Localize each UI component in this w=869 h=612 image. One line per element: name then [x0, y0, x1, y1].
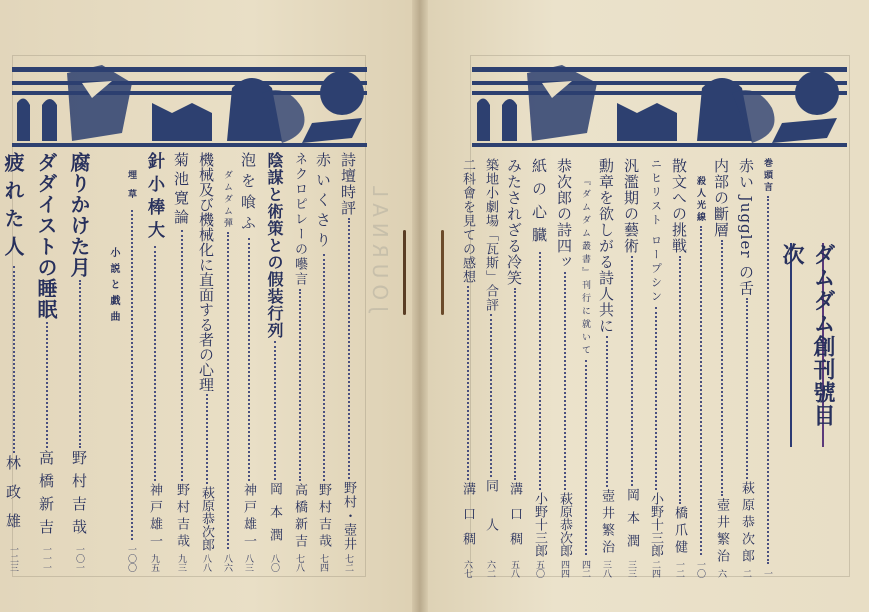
entry-title: 紙の心臓	[529, 158, 550, 250]
section-title: 小説と戯曲	[106, 247, 121, 327]
page-number: 八〇	[268, 554, 281, 572]
toc-entry[interactable]: 泡を喰ふ 神戸雄一 八三	[238, 152, 259, 572]
entry-title: ニヒリスト ロープシン	[648, 158, 664, 305]
entry-title: 菊池寛論	[171, 152, 192, 228]
entry-author: 野村吉哉	[69, 450, 90, 542]
binding-staple-right	[441, 230, 444, 315]
page-number: 一〇〇	[125, 545, 138, 572]
leader-dots	[700, 226, 702, 555]
page-number: 四四	[558, 560, 571, 578]
leader-dots	[467, 286, 469, 480]
toc-entry[interactable]: 『ダムダム叢書』刊行に就いて 四二	[579, 158, 592, 578]
entry-author: 高橋新吉	[36, 450, 57, 542]
entry-author: 小野十三郎	[646, 492, 665, 557]
leader-dots	[323, 254, 325, 481]
binding-staple-left	[403, 230, 406, 315]
leader-dots	[13, 266, 15, 453]
page-number: 三八	[600, 560, 613, 578]
leader-dots	[299, 289, 301, 481]
toc-entry[interactable]: 機械及び機械化に直面する者の心理 萩原恭次郎 八八	[196, 152, 217, 572]
entry-author: 岡本潤	[622, 488, 641, 557]
book-spread: JOURNAL	[0, 0, 869, 612]
magazine-title: ダムダム創刊號目次	[790, 243, 824, 447]
entry-author: 萩原恭次郎	[737, 481, 756, 566]
page-number: 二	[740, 569, 753, 578]
page-number: 八八	[200, 554, 213, 572]
woodcut-banner-right	[472, 63, 847, 153]
leader-dots	[721, 240, 723, 496]
toc-entry[interactable]: 内部の斷層 壺井繁治 六	[711, 158, 732, 578]
entry-title: ネクロピレーの囈言	[290, 152, 309, 287]
entry-author: 林政雄	[3, 455, 24, 542]
toc-entry[interactable]: 赤いくさり 野村吉哉 七四	[313, 152, 334, 572]
entry-author: 橋爪健	[670, 506, 689, 557]
toc-entry[interactable]: 陰謀と術策との假装行列 岡本潤 八〇	[263, 152, 286, 572]
toc-entry[interactable]: 二科會を見ての感想 溝口稠 六七	[458, 158, 477, 578]
page-number: 九三	[175, 554, 188, 572]
entry-title: 赤い Juggler の舌	[736, 158, 757, 296]
woodcut-illustration-icon	[472, 63, 847, 153]
toc-entry[interactable]: 菊池寛論 野村吉哉 九三	[171, 152, 192, 572]
page-number: 六	[715, 569, 728, 578]
entry-author: 溝口稠	[458, 482, 477, 557]
entry-author: 同人	[481, 479, 500, 557]
page-number: 七四	[317, 554, 330, 572]
entry-title: 勳章を欲しがる詩人共に	[596, 158, 617, 334]
leader-dots	[274, 341, 276, 480]
toc-entry[interactable]: 紙の心臓 小野十三郎 五〇	[529, 158, 550, 578]
toc-entry[interactable]: 汎濫期の藝術 岡本潤 三三	[621, 158, 642, 578]
page-number: 五八	[508, 560, 521, 578]
page-number: 八三	[242, 554, 255, 572]
leader-dots	[679, 256, 681, 504]
leader-dots	[348, 218, 350, 479]
entry-author: 萩原恭次郎	[555, 492, 574, 557]
entry-author: 壺井繁治	[597, 489, 616, 557]
entry-title: 赤いくさり	[313, 152, 334, 252]
entry-author: 壺井繁治	[712, 498, 731, 566]
entry-title: 針小棒大	[142, 152, 167, 244]
page-number: 九五	[148, 554, 161, 572]
entry-author: 高橋新吉	[290, 483, 309, 551]
page-number: 三三	[625, 560, 638, 578]
toc-entry[interactable]: 赤い Juggler の舌 萩原恭次郎 二	[736, 158, 757, 578]
entry-title: ダダイストの睡眠	[32, 152, 61, 320]
page-number: 六二	[484, 560, 497, 578]
toc-entry[interactable]: 勳章を欲しがる詩人共に 壺井繁治 三八	[596, 158, 617, 578]
book-gutter	[412, 0, 428, 612]
page-number: 八六	[221, 554, 234, 572]
woodcut-illustration-icon	[12, 63, 367, 153]
entry-title: 恭次郎の詩四ッ	[554, 158, 575, 270]
entry-author: 萩原恭次郎	[197, 486, 216, 551]
entry-title: 内部の斷層	[711, 158, 732, 238]
leader-dots	[606, 336, 608, 487]
toc-entry[interactable]: 詩壇時評 野村・壺井 七二	[338, 152, 359, 572]
entry-title: 巻頭言	[761, 158, 774, 194]
entry-subtitle: 『ダムダム叢書』刊行に就いて	[579, 176, 592, 358]
leader-dots	[585, 360, 587, 555]
page-number: 一〇一	[73, 545, 86, 572]
entry-author: 野村吉哉	[172, 483, 191, 551]
entry-author: 野村・壺井	[339, 481, 358, 551]
woodcut-banner-left	[12, 63, 367, 153]
page-number: 一〇	[694, 560, 707, 578]
toc-entry[interactable]: 針小棒大 神戸雄一 九五	[142, 152, 167, 572]
leader-dots	[46, 322, 48, 448]
entry-title: ダムダム彈	[221, 170, 234, 230]
leader-dots	[131, 210, 133, 540]
entry-author: 溝口稠	[505, 482, 524, 557]
page-number: 一一一	[40, 545, 53, 572]
toc-left: 詩壇時評 野村・壺井 七二 赤いくさり 野村吉哉 七四 ネクロピレーの囈言 高橋…	[0, 152, 359, 572]
toc-right: 巻頭言 一 赤い Juggler の舌 萩原恭次郎 二 内部の斷層 壺井繁治 六…	[454, 158, 774, 578]
leader-dots	[490, 314, 492, 477]
entry-title: 汎濫期の藝術	[621, 158, 642, 254]
leader-dots	[564, 272, 566, 490]
leader-dots	[79, 280, 81, 448]
entry-title: 築地小劇場「瓦斯」合評	[481, 158, 500, 312]
toc-entry[interactable]: 疲れた人 林政雄 一二三	[0, 152, 28, 572]
page-number: 六七	[461, 560, 474, 578]
page-number: 五〇	[533, 560, 546, 578]
toc-entry[interactable]: ダダイストの睡眠 高橋新吉 一一一	[32, 152, 61, 572]
page-number: 一	[761, 569, 774, 578]
entry-title: みたされざる冷笑	[504, 158, 525, 286]
toc-entry[interactable]: 殺人光線 一〇	[694, 158, 707, 578]
entry-title: 疲れた人	[0, 152, 28, 264]
page-number: 二四	[649, 560, 662, 578]
entry-title: 陰謀と術策との假装行列	[263, 152, 286, 339]
toc-entry[interactable]: みたされざる冷笑 溝口稠 五八	[504, 158, 525, 578]
leader-dots	[248, 238, 250, 481]
section-heading: 小説と戯曲	[106, 152, 121, 572]
leader-dots	[767, 196, 769, 564]
leader-dots	[154, 246, 156, 481]
toc-entry[interactable]: ニヒリスト ロープシン 小野十三郎 二四	[646, 158, 665, 578]
page-number: 七八	[293, 554, 306, 572]
leader-dots	[655, 307, 657, 491]
toc-entry[interactable]: ダムダム彈 八六	[221, 152, 234, 572]
entry-author: 神戸雄一	[239, 483, 258, 551]
page-number: 七二	[342, 554, 355, 572]
toc-entry[interactable]: 巻頭言 一	[761, 158, 774, 578]
entry-title: 機械及び機械化に直面する者の心理	[196, 152, 217, 392]
leader-dots	[181, 230, 183, 481]
entry-title: 腐りかけた月	[65, 152, 94, 278]
entry-author: 野村吉哉	[314, 483, 333, 551]
page-number: 四二	[579, 560, 592, 578]
leader-dots	[631, 256, 633, 486]
entry-title: 殺人光線	[694, 176, 707, 224]
toc-entry[interactable]: 腐りかけた月 野村吉哉 一〇一	[65, 152, 94, 572]
leader-dots	[514, 288, 516, 480]
entry-title: 二科會を見ての感想	[458, 158, 477, 284]
show-through-text: JOURNAL	[368, 180, 392, 312]
entry-title: 泡を喰ふ	[238, 152, 259, 236]
entry-title: 散文への挑戦	[669, 158, 690, 254]
leader-dots	[746, 298, 748, 479]
toc-entry[interactable]: 築地小劇場「瓦斯」合評 同人 六二	[481, 158, 500, 578]
entry-author: 小野十三郎	[530, 492, 549, 557]
leader-dots	[539, 252, 541, 490]
page-number: 一二	[673, 560, 686, 578]
toc-entry[interactable]: ネクロピレーの囈言 高橋新吉 七八	[290, 152, 309, 572]
entry-author: 岡本潤	[265, 482, 284, 551]
toc-entry[interactable]: 恭次郎の詩四ッ 萩原恭次郎 四四	[554, 158, 575, 578]
entry-author: 神戸雄一	[145, 483, 164, 551]
entry-title: 埋草	[125, 170, 138, 208]
toc-entry[interactable]: 埋草 一〇〇	[125, 152, 138, 572]
toc-entry[interactable]: 散文への挑戦 橋爪健 一二	[669, 158, 690, 578]
page-number: 一二三	[7, 545, 20, 572]
entry-title: 詩壇時評	[338, 152, 359, 216]
leader-dots	[206, 394, 208, 484]
leader-dots	[227, 232, 229, 549]
